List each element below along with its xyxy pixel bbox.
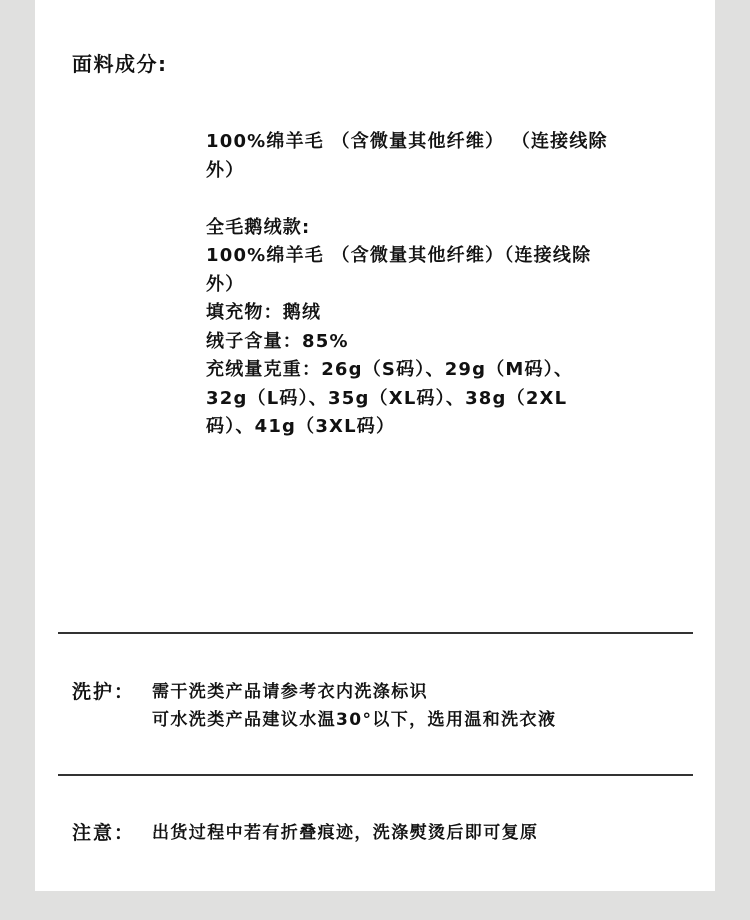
composition-line: 外） — [206, 271, 686, 300]
down-content-line: 绒子含量：85% — [206, 328, 686, 357]
care-instruction-line: 需干洗类产品请参考衣内洗涤标识 — [152, 678, 556, 706]
filling-line: 填充物：鹅绒 — [206, 299, 686, 328]
fill-weight-line: 码）、41g（3XL码） — [206, 413, 686, 442]
composition-line: 100%绵羊毛 （含微量其他纤维） （连接线除 — [206, 128, 686, 157]
note-line: 出货过程中若有折叠痕迹，洗涤熨烫后即可复原 — [152, 819, 538, 847]
care-label: 洗护： — [72, 678, 152, 706]
care-instruction-line: 可水洗类产品建议水温30°以下，选用温和洗衣液 — [152, 706, 556, 734]
composition-spacer — [206, 185, 686, 214]
section-divider — [58, 774, 693, 776]
composition-subheading: 全毛鹅绒款: — [206, 214, 686, 243]
composition-line: 100%绵羊毛 （含微量其他纤维）（连接线除 — [206, 242, 686, 271]
composition-line: 外） — [206, 157, 686, 186]
care-instructions: 需干洗类产品请参考衣内洗涤标识 可水洗类产品建议水温30°以下，选用温和洗衣液 — [152, 678, 556, 734]
fill-weight-line: 32g（L码）、35g（XL码）、38g（2XL — [206, 385, 686, 414]
care-section: 洗护： 需干洗类产品请参考衣内洗涤标识 可水洗类产品建议水温30°以下，选用温和… — [72, 678, 556, 734]
fabric-composition-title: 面料成分: — [72, 50, 168, 78]
note-label: 注意： — [72, 819, 152, 847]
note-section: 注意： 出货过程中若有折叠痕迹，洗涤熨烫后即可复原 — [72, 819, 538, 847]
note-text: 出货过程中若有折叠痕迹，洗涤熨烫后即可复原 — [152, 819, 538, 847]
product-info-panel: 面料成分: 100%绵羊毛 （含微量其他纤维） （连接线除 外） 全毛鹅绒款: … — [35, 0, 715, 891]
section-divider — [58, 632, 693, 634]
fabric-composition-details: 100%绵羊毛 （含微量其他纤维） （连接线除 外） 全毛鹅绒款: 100%绵羊… — [206, 128, 686, 442]
fill-weight-line: 充绒量克重：26g（S码）、29g（M码）、 — [206, 356, 686, 385]
